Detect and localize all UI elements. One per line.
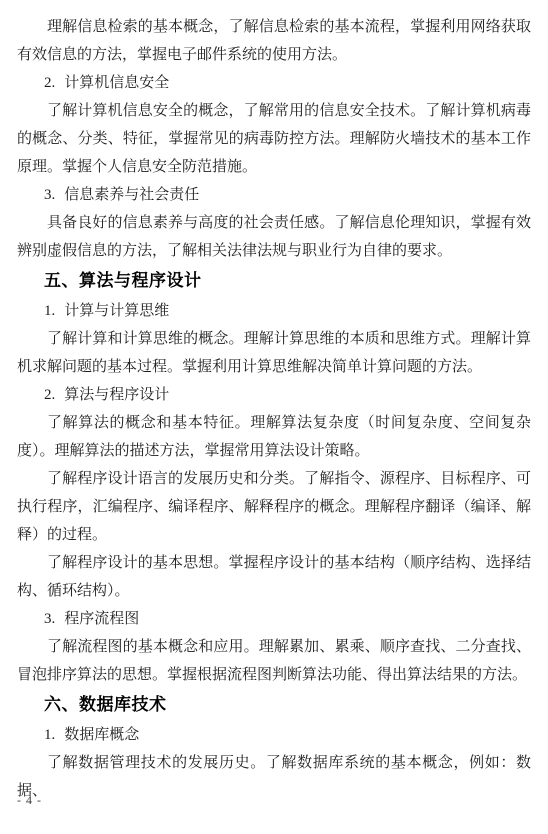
- item-title: 计算与计算思维: [64, 303, 169, 319]
- item-title: 程序流程图: [64, 611, 139, 627]
- item-number: 2.: [44, 69, 55, 97]
- item-number: 1.: [44, 297, 55, 325]
- item-number: 2.: [44, 381, 55, 409]
- section-heading: 六、数据库技术: [17, 690, 531, 720]
- item-title: 算法与程序设计: [64, 387, 169, 403]
- numbered-heading: 1.计算与计算思维: [17, 297, 531, 325]
- item-number: 1.: [44, 721, 55, 749]
- item-title: 信息素养与社会责任: [64, 187, 199, 203]
- body-paragraph: 了解算法的概念和基本特征。理解算法复杂度（时间复杂度、空间复杂度）。理解算法的描…: [17, 409, 531, 465]
- body-paragraph: 了解流程图的基本概念和应用。理解累加、累乘、顺序查找、二分查找、冒泡排序算法的思…: [17, 633, 531, 689]
- body-paragraph: 具备良好的信息素养与高度的社会责任感。了解信息伦理知识，掌握有效辨别虚假信息的方…: [17, 209, 531, 265]
- body-paragraph: 了解程序设计语言的发展历史和分类。了解指令、源程序、目标程序、可执行程序，汇编程…: [17, 465, 531, 549]
- item-number: 3.: [44, 181, 55, 209]
- page-number: - 4 -: [17, 793, 42, 808]
- section-heading: 五、算法与程序设计: [17, 266, 531, 296]
- document-page: 理解信息检索的基本概念，了解信息检索的基本流程，掌握利用网络获取有效信息的方法，…: [0, 0, 548, 805]
- numbered-heading: 2.计算机信息安全: [17, 69, 531, 97]
- body-paragraph: 了解计算机信息安全的概念，了解常用的信息安全技术。了解计算机病毒的概念、分类、特…: [17, 97, 531, 181]
- body-paragraph: 了解数据管理技术的发展历史。了解数据库系统的基本概念，例如：数据、: [17, 749, 531, 805]
- numbered-heading: 1.数据库概念: [17, 721, 531, 749]
- numbered-heading: 3.程序流程图: [17, 605, 531, 633]
- item-title: 计算机信息安全: [64, 75, 169, 91]
- numbered-heading: 2.算法与程序设计: [17, 381, 531, 409]
- body-paragraph: 了解程序设计的基本思想。掌握程序设计的基本结构（顺序结构、选择结构、循环结构）。: [17, 549, 531, 605]
- item-number: 3.: [44, 605, 55, 633]
- numbered-heading: 3.信息素养与社会责任: [17, 181, 531, 209]
- item-title: 数据库概念: [64, 727, 139, 743]
- body-paragraph: 理解信息检索的基本概念，了解信息检索的基本流程，掌握利用网络获取有效信息的方法，…: [17, 13, 531, 69]
- body-paragraph: 了解计算和计算思维的概念。理解计算思维的本质和思维方式。理解计算机求解问题的基本…: [17, 325, 531, 381]
